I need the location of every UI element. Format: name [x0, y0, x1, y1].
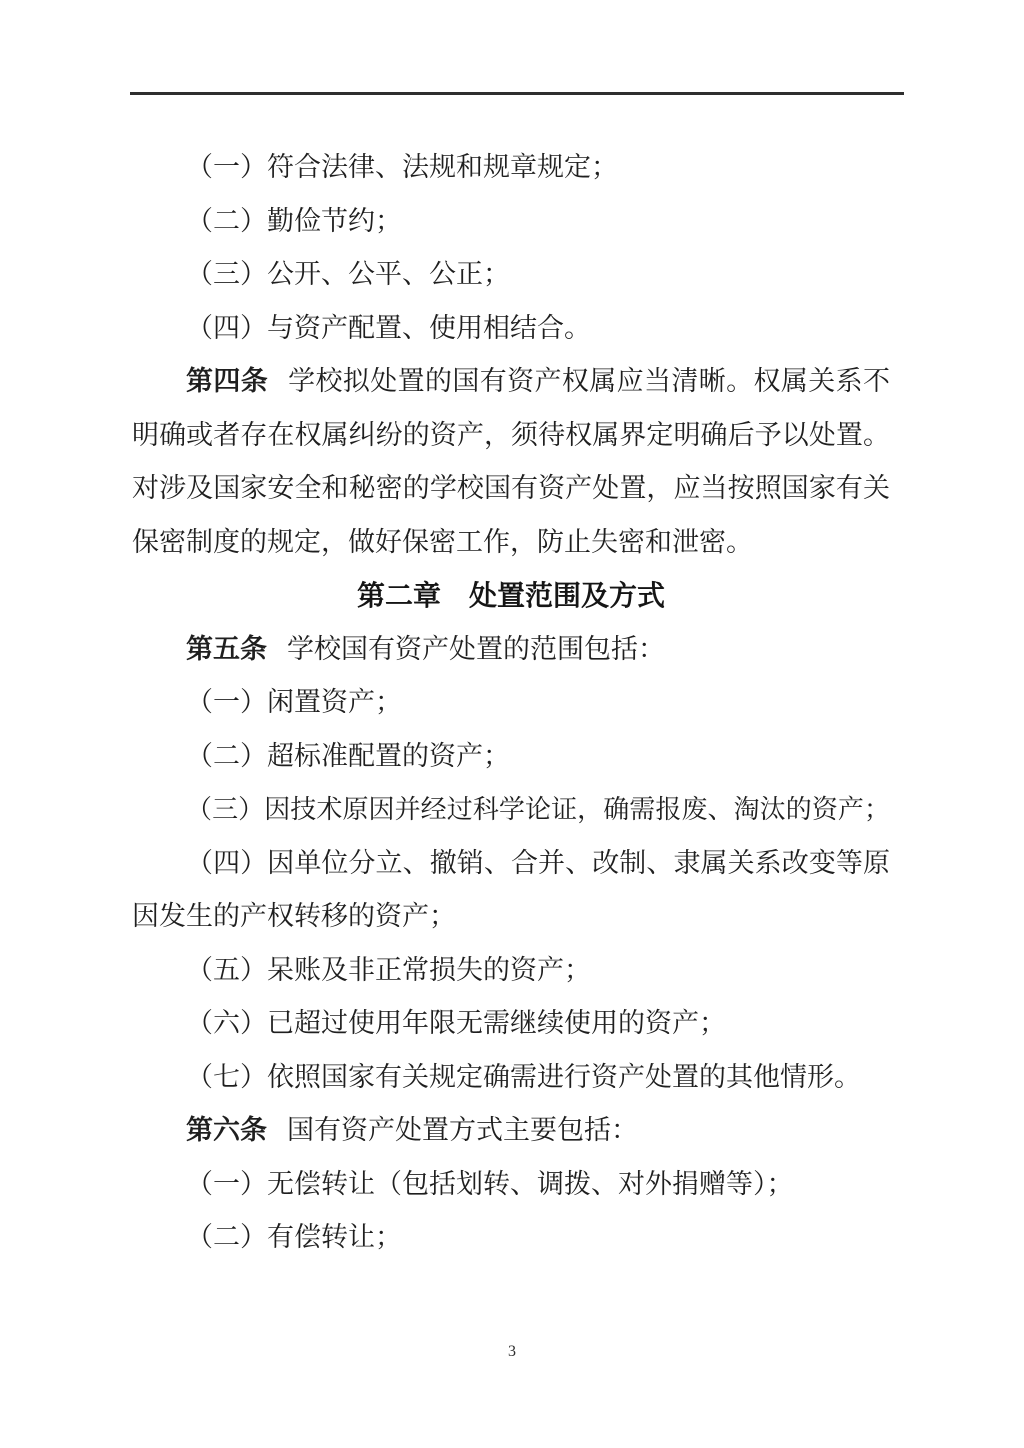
text-line: 明确或者存在权属纠纷的资产，须待权属界定明确后予以处置。: [132, 409, 890, 463]
text-line: （六）已超过使用年限无需继续使用的资产；: [132, 997, 890, 1051]
article-number: 第五条: [186, 634, 267, 664]
line-text: 因发生的产权转移的资产；: [132, 901, 456, 931]
article-number: 第四条: [186, 366, 268, 396]
line-text: （七）依照国家有关规定确需进行资产处置的其他情形。: [186, 1062, 861, 1092]
text-line: （四）与资产配置、使用相结合。: [132, 302, 890, 356]
line-text: 明确或者存在权属纠纷的资产，须待权属界定明确后予以处置。: [132, 420, 890, 450]
line-text: （六）已超过使用年限无需继续使用的资产；: [186, 1008, 726, 1038]
text-line: （五）呆账及非正常损失的资产；: [132, 944, 890, 998]
line-text: （一）无偿转让（包括划转、调拨、对外捐赠等）；: [186, 1169, 794, 1199]
text-line: （二）勤俭节约；: [132, 195, 890, 249]
line-text: （二）超标准配置的资产；: [186, 741, 510, 771]
text-line: 第六条国有资产处置方式主要包括：: [132, 1104, 890, 1158]
article-number: 第六条: [186, 1115, 267, 1145]
text-line: 保密制度的规定，做好保密工作，防止失密和泄密。: [132, 516, 890, 570]
text-line: （四）因单位分立、撤销、合并、改制、隶属关系改变等原: [132, 837, 890, 891]
line-text: 学校拟处置的国有资产权属应当清晰。权属关系不: [288, 366, 890, 396]
line-text: （一）符合法律、法规和规章规定；: [186, 152, 618, 182]
text-line: （一）符合法律、法规和规章规定；: [132, 141, 890, 195]
line-text: （四）与资产配置、使用相结合。: [186, 313, 591, 343]
header-rule: [130, 92, 904, 95]
line-text: （三）因技术原因并经过科学论证，确需报废、淘汰的资产；: [186, 795, 890, 824]
text-line: （二）超标准配置的资产；: [132, 730, 890, 784]
page-footer: 3: [0, 1340, 1024, 1364]
text-line: （七）依照国家有关规定确需进行资产处置的其他情形。: [132, 1051, 890, 1105]
line-text: 保密制度的规定，做好保密工作，防止失密和泄密。: [132, 527, 753, 557]
document-page: （一）符合法律、法规和规章规定；（二）勤俭节约；（三）公开、公平、公正；（四）与…: [0, 0, 1024, 1448]
chapter-heading-text: 第二章 处置范围及方式: [357, 580, 665, 611]
text-line: （二）有偿转让；: [132, 1211, 890, 1265]
line-text: （三）公开、公平、公正；: [186, 259, 510, 289]
line-text: 对涉及国家安全和秘密的学校国有资产处置，应当按照国家有关: [132, 473, 890, 503]
line-text: （二）有偿转让；: [186, 1222, 402, 1252]
chapter-heading: 第二章 处置范围及方式: [132, 569, 890, 623]
text-line: （一）无偿转让（包括划转、调拨、对外捐赠等）；: [132, 1158, 890, 1212]
text-line: 因发生的产权转移的资产；: [132, 890, 890, 944]
document-body: （一）符合法律、法规和规章规定；（二）勤俭节约；（三）公开、公平、公正；（四）与…: [132, 141, 890, 1265]
line-text: （五）呆账及非正常损失的资产；: [186, 955, 591, 985]
text-line: 第四条学校拟处置的国有资产权属应当清晰。权属关系不: [132, 355, 890, 409]
text-line: （三）公开、公平、公正；: [132, 248, 890, 302]
line-text: 学校国有资产处置的范围包括：: [287, 634, 665, 664]
page-number: 3: [508, 1343, 516, 1360]
line-text: （四）因单位分立、撤销、合并、改制、隶属关系改变等原: [186, 848, 890, 878]
line-text: （一）闲置资产；: [186, 687, 402, 717]
text-line: （三）因技术原因并经过科学论证，确需报废、淘汰的资产；: [132, 783, 890, 837]
text-line: 对涉及国家安全和秘密的学校国有资产处置，应当按照国家有关: [132, 462, 890, 516]
line-text: （二）勤俭节约；: [186, 206, 402, 236]
text-line: 第五条学校国有资产处置的范围包括：: [132, 623, 890, 677]
text-line: （一）闲置资产；: [132, 676, 890, 730]
line-text: 国有资产处置方式主要包括：: [287, 1115, 638, 1145]
